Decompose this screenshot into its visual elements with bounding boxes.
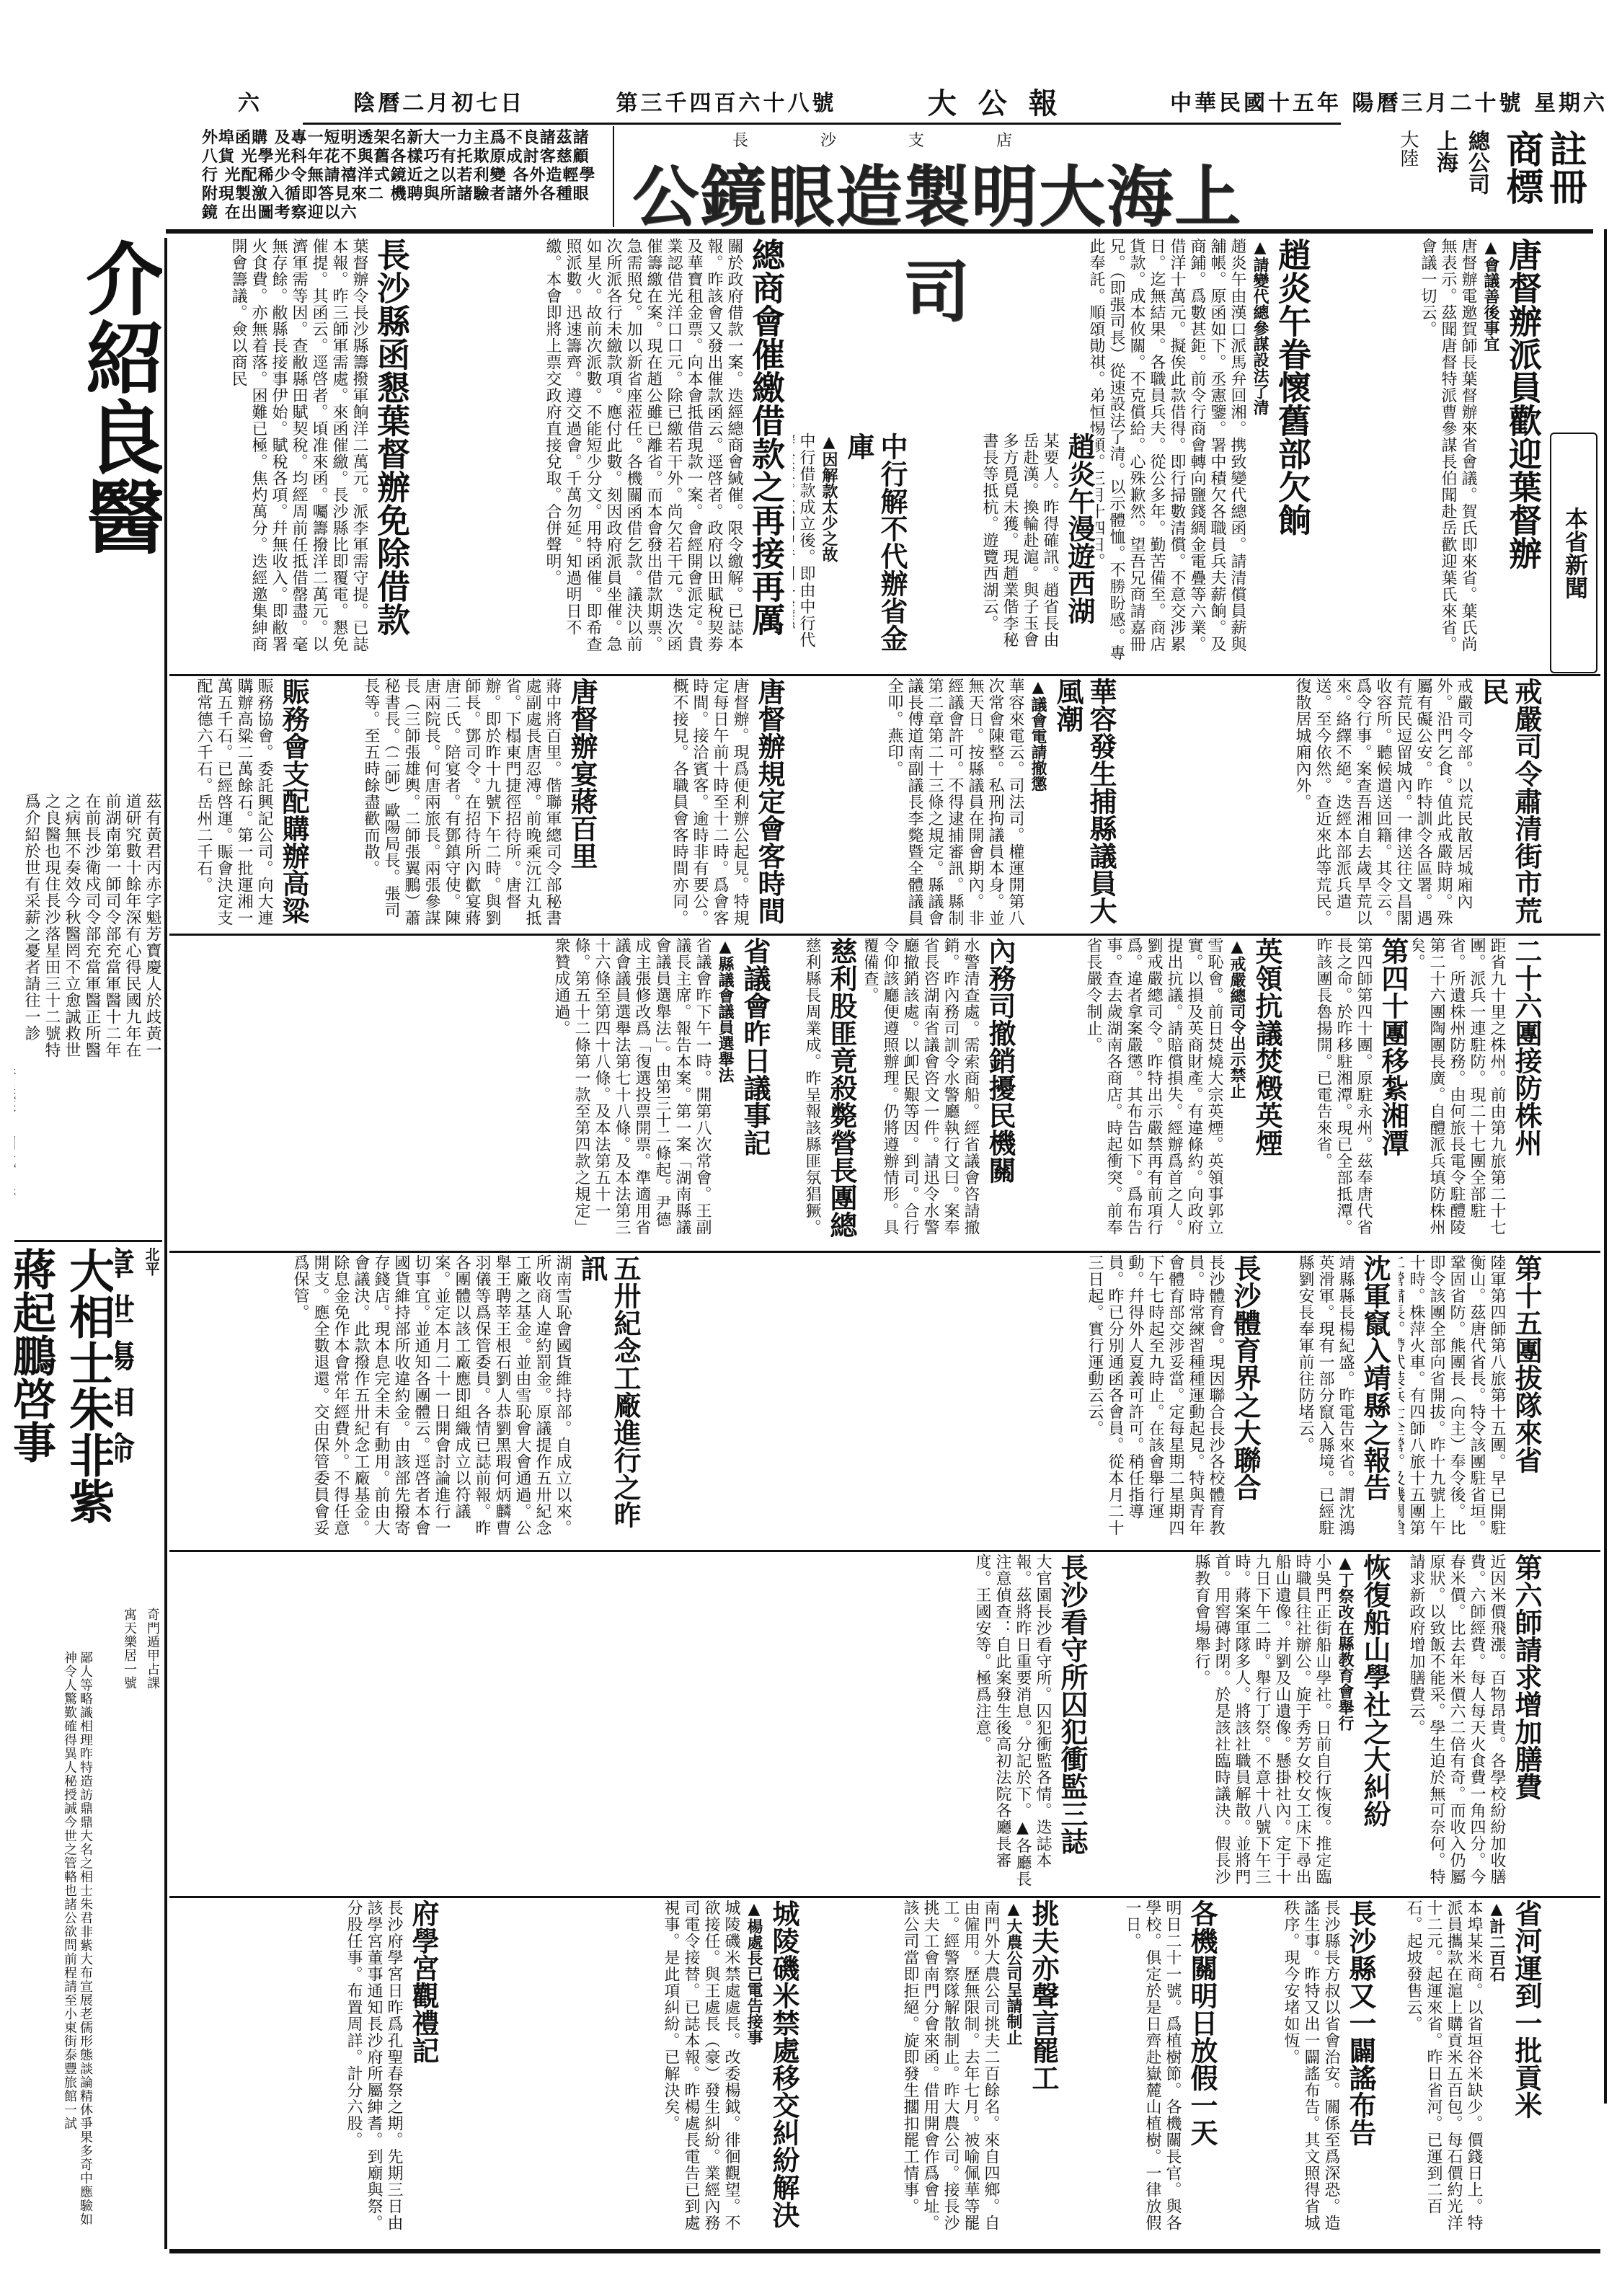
article-body: 第四師第四十團。原駐永州。茲奉唐代省長之命。於昨移駐湘潭。現已全部抵潭。昨該團長… <box>1313 937 1373 1244</box>
article-changsha-loan: 長沙縣函懇葉督辦免除借款 葉督辦令長沙縣籌撥軍餉洋二萬元。派李軍需守提。已誌本報… <box>173 238 411 670</box>
article-headline: 第六師請求增加膳費 <box>1510 1553 1543 1892</box>
article-body: 蔣中將百里。偕聯軍總司令部秘書處副處長唐忍溥。前晚乘沅江丸抵省。下榻東門捷徑招待… <box>360 678 562 926</box>
article-body: 葉督辦令長沙縣籌撥軍餉洋二萬元。派李軍需守提。已誌本報。昨三師軍需處。來函催繳。… <box>228 238 369 663</box>
article-body: 省議會昨下午一時。開第八次常會。王副議長主席。報告本案。第一案「湖南縣議會議員選… <box>551 937 712 1244</box>
article-body: 陸軍第四師第八旅第十五團。早已開駐衡山。茲唐代省長。特令該團駐省垣。鞏固省防。熊… <box>1399 1254 1507 1543</box>
band-rule-2 <box>169 934 1600 936</box>
article-holiday: 各機關明日放假一天 明日二十一號。爲植樹節。各機關長官。與各學校。俱定於是日齊赴… <box>1067 1900 1218 2246</box>
article-affairs-office: 內務司撤銷擾民機關 水警清查處。需索商船。經省議會咨請撤銷。昨內務司訓令水警廳執… <box>865 937 1016 1247</box>
article-headline: 華容發生捕縣議員大風潮 <box>1051 678 1117 930</box>
ad-physician-body: 茲有黃君丙赤字魁芳寶慶人於歧黃一道研究數十餘年深有心得民國九年在前湖南第一師司令… <box>21 793 162 1067</box>
section-label-provincial-news: 本省新聞 <box>1550 433 1597 673</box>
masthead-page: 六 <box>238 85 262 117</box>
article-headline: 賑務會支配購辦高粱 <box>277 678 310 930</box>
article-headline: 長沙縣又一闢謠布告 <box>1344 1900 1377 2246</box>
top-right-ad-company: 總公司 上海 <box>1429 130 1492 223</box>
ad-physician-signer: 劉武 <box>14 1135 16 1169</box>
article-chamber-loan: 總商會催繳借款之再接再厲 關於政府借款一案。迭經總商會緘催。限令繳解。已誌本報。… <box>418 238 786 670</box>
article-zhao-west-lake: 趙炎午漫遊西湖 某要人。昨得確訊。趙省長由岳赴漢。換輪赴滬。與子玉會多方覓覓未獲… <box>908 433 1096 670</box>
article-body: 距省九十里之株州。前由第九旅第二十七團。派兵一連駐防。現二十七團全部駐省。所遺株… <box>1413 937 1507 1244</box>
top-ad-notice-text: 外埠函購 及專一短明透架名新大一力主爲不良諸茲諸八貨 光學光科年花不與舊各樣巧有… <box>202 128 606 222</box>
article-chenglingji: 城陵磯米禁處移交糾紛解決 ▲楊處長已電告接事 城陵磯米禁處處長。改委楊鉞。徘徊觀… <box>447 1900 800 2246</box>
article-body: 近因米價飛漲。百物昂貴。各學校紛紛加收膳費。六師經費。每人每天火食費一角四分。今… <box>1406 1553 1507 1889</box>
article-body: 長沙府學宮日昨爲孔聖春祭之期。先期三日由該學宮董事通知長沙府所屬紳耆。到廟與祭。… <box>343 1900 404 2242</box>
left-ad-divider-lower <box>164 1240 167 2249</box>
top-right-ad-note: 大陸 <box>1395 130 1422 223</box>
article-body: 戒嚴司令部。以荒民散居城廂內外。沿門乞食。值此戒嚴時期。殊屬有礙公安。昨特訓令各… <box>1292 678 1473 926</box>
article-changsha-notice: 長沙縣又一闢謠布告 長沙縣長方叔以省會治安。關係至爲深恐。造謠生事。昨特又出一闢… <box>1226 1900 1377 2246</box>
article-body: 小吳門正街船山學社。日前自行恢復。推定臨時職員往社辦公。旋于秀芳女校女工床下尋出… <box>1191 1553 1332 1889</box>
article-headline: 趙炎午眷懷舊部欠餉 <box>1273 238 1312 670</box>
article-body: 湖南雪恥會國貨維持部。自成立以來。所收商人違約罰金。原議提作五卅紀念工廠之基金。… <box>290 1254 572 1543</box>
article-relief-grain: 賑務會支配購辦高粱 賑務協會。委託興記公司。向大連購辦高粱二萬餘石。第一批運湘一… <box>173 678 310 930</box>
top-ad-rule-top <box>303 123 1341 125</box>
ad-physician-signer: 唐義彬 <box>14 1067 16 1117</box>
article-regiment-return: 第十五團拔隊來省 陸軍第四師第八旅第十五團。早已開駐衡山。茲唐代省長。特令該團駐… <box>1399 1254 1543 1546</box>
article-subhead: ▲議會電請撤懲 <box>1028 678 1048 930</box>
article-headline: 唐督辦派員歡迎葉督辦 <box>1504 238 1543 670</box>
article-headline: 各機關明日放假一天 <box>1185 1900 1218 2246</box>
article-body: 長沙縣長方叔以省會治安。關係至爲深恐。造謠生事。昨特又出一闢謠布告。其文照得省城… <box>1280 1900 1341 2242</box>
section-label-text: 本省新聞 <box>1561 507 1589 599</box>
article-body: 中行借款成立後。即由中行代辦金庫。茲聞中行因各處縣局。解款甚少。故決定解除代辦責… <box>793 433 816 663</box>
article-headline: 挑夫亦聲言罷工 <box>1027 1900 1060 2246</box>
article-tang-hours: 唐督辦規定會客時間 唐督辦。現爲便利辦公起見。特規定每日午前十時至十二時。爲會客… <box>606 678 786 930</box>
article-body: 某要人。昨得確訊。趙省長由岳赴漢。換輪赴滬。與子玉會多方覓覓未獲。現趙業偕李秘書… <box>979 433 1060 663</box>
article-headline: 第十五團拔隊來省 <box>1510 1254 1543 1546</box>
article-regiment-zhuzhou: 二十六團接防株州 距省九十里之株州。前由第九旅第二十七團。派兵一連駐防。現二十七… <box>1413 937 1543 1247</box>
article-central-bank: 中行解不代辦省金庫 ▲因解款太少之故 中行借款成立後。即由中行代辦金庫。茲聞中行… <box>793 433 908 670</box>
article-subhead: ▲戒嚴總司令出示禁止 <box>1227 937 1247 1247</box>
article-confucian-cont: 府學宮觀禮記 長沙府學宮日昨爲孔聖春祭之期。先期三日由該學宮董事通知長沙府所屬紳… <box>173 1900 440 2246</box>
ad-physician-title: 介紹良醫 <box>76 238 162 786</box>
ad-announcement-title: 蔣起鵬啓事 <box>7 1247 55 1463</box>
right-page-border <box>1604 229 1607 2104</box>
top-ad-divider <box>613 126 614 227</box>
article-body: 本埠某米商。以省垣谷米缺少。價錢日上。特派員攜款在滬上購貢米五百包。每石價約光洋… <box>1403 1900 1484 2242</box>
article-subhead: ▲因解款太少之故 <box>819 433 839 670</box>
article-body: 大官園長沙看守所。囚犯衝監各情。迭誌本報。茲將昨日重要消息。分記於下。▲各廳長注… <box>972 1553 1052 1889</box>
article-british-opium: 英領抗議焚燬英煙 ▲戒嚴總司令出示禁止 雪恥會。前日焚燒大宗英煙。英領事郭立實。… <box>1024 937 1283 1247</box>
article-tribute-rice: 省河運到一批貢米 ▲計二百石 本埠某米商。以省垣谷米缺少。價錢日上。特派員攜款在… <box>1384 1900 1543 2246</box>
article-headline: 趙炎午漫遊西湖 <box>1063 433 1096 670</box>
article-confucian-temple <box>173 1553 786 1892</box>
article-headline: 省河運到一批貢米 <box>1510 1900 1543 2246</box>
article-headline: 府學宮觀禮記 <box>407 1900 440 2246</box>
article-headline: 省議會昨日議事記 <box>738 937 771 1247</box>
ad-physician-signers: 唐義彬 劉武 唐獻 同啓 <box>14 1067 17 1211</box>
masthead-paper-name: 大公報 <box>928 81 1079 122</box>
article-headline: 慈利股匪竟殺斃營長團總 <box>825 937 858 1247</box>
article-headline: 沈軍竄入靖縣之報告 <box>1358 1254 1391 1546</box>
article-body: 唐督辦。現爲便利辦公起見。特規定每日午前十時至十二時。爲會客時間。接洽賓客。逾時… <box>669 678 750 926</box>
top-ad-notice: 外埠函購 及專一短明透架名新大一力主爲不良諸茲諸八貨 光學光科年花不與舊各樣巧有… <box>202 128 606 222</box>
article-body: 南門外大農公司挑夫二百餘名。來自四鄉。自由僱用。歷無限制。去年七月。被喻佩華等罷… <box>900 1900 1001 2242</box>
band-rule-5 <box>169 1896 1600 1898</box>
article-porters-strike: 挑夫亦聲言罷工 ▲大農公司呈請制止 南門外大農公司挑夫二百餘名。來自四鄉。自由僱… <box>807 1900 1060 2246</box>
article-headline: 內務司撤銷擾民機關 <box>983 937 1016 1247</box>
article-body: 水警清查處。需索商船。經省議會咨請撤銷。昨內務司訓令水警廳執行文曰。案奉省長咨湖… <box>865 937 980 1244</box>
masthead-line: 中華民國十五年 陽曆三月二十號 星期六 大公報 第三千四百六十八號 陰曆二月初七… <box>238 83 1608 119</box>
ad-fortune-note: 奇門遁甲占課 <box>142 1608 162 2184</box>
masthead-issue-number: 第三千四百六十八號 <box>616 85 837 117</box>
article-body: 趙炎午由漢口派馬弁回湘。携致變代總函。請清償員薪與舖帳。原函如下。丞憲鑒。署中積… <box>1086 238 1247 663</box>
ad-fortune-address: 寓天樂居一號 <box>119 1608 139 2184</box>
article-subhead: ▲楊處長已電告接事 <box>744 1900 764 2246</box>
ad-physiognomist-body-wrap: 鄙人等略識相理昨特造訪鼎鼎大名之相士朱君非紫大布宣展老儒形態談論精休爭果多奇中應… <box>61 1651 113 2242</box>
top-right-ad: 註冊 商標 總公司 上海 大陸 <box>1355 130 1586 223</box>
article-sports-union: 長沙體育界之大聯合 長沙體育會。現因聯合長沙各校體育教員。時常練習種種運動起見。… <box>649 1254 1262 1546</box>
article-subhead: ▲計二百石 <box>1486 1900 1507 2246</box>
ad-physiognomist-title: 大相士朱非紫 <box>63 1247 113 1651</box>
article-may30-factory: 五卅紀念工廠進行之昨訊 湖南雪恥會國貨維持部。自成立以來。所收商人違約罰金。原議… <box>173 1254 642 1546</box>
article-tang-welcomes-ye: 唐督辦派員歡迎葉督辦 ▲會議善後事宜 唐督辦電邀賀師長葉督辦來省會議。賀氏即來省… <box>1319 238 1543 670</box>
article-headline: 長沙縣函懇葉督辦免除借款 <box>372 238 411 670</box>
article-body: 賑務協會。委託興記公司。向大連購辦高粱二萬餘石。第一批運湘一萬五千石。已經啓運。… <box>193 678 274 926</box>
article-headline: 五卅紀念工廠進行之昨訊 <box>575 1254 642 1546</box>
article-subhead: ▲會議善後事宜 <box>1481 238 1501 670</box>
left-ad-divider <box>164 238 167 1247</box>
article-sixth-division: 第六師請求增加膳費 近因米價飛漲。百物昂貴。各學校紛紛加收膳費。六師經費。每人每… <box>1399 1553 1543 1892</box>
left-ad-rule <box>14 1240 162 1242</box>
page-bottom-rule <box>169 2249 1600 2253</box>
article-headline: 第四十團移紮湘潭 <box>1376 937 1409 1247</box>
band-rule-4 <box>169 1550 1600 1552</box>
article-subhead: ▲縣議會議員選舉法 <box>715 937 735 1247</box>
article-regiment-xiangtan: 第四十團移紮湘潭 第四師第四十團。原駐永州。茲奉唐代省長之命。於昨移駐湘潭。現已… <box>1290 937 1409 1247</box>
article-headline: 長沙體育界之大聯合 <box>1228 1254 1262 1546</box>
article-headline: 二十六團接防株州 <box>1510 937 1543 1247</box>
article-body: 靖縣縣長楊紀盛。昨電告來省。謂沈鴻英滑軍。現有一部分竄入縣境。已經駐縣劉安長奉軍… <box>1295 1254 1355 1543</box>
ad-announcement: 蔣起鵬啓事 <box>7 1247 59 2249</box>
article-headline: 戒嚴司令肅清街市荒民 <box>1476 678 1543 930</box>
band-rule-1 <box>169 674 1600 676</box>
article-body: 城陵磯米禁處處長。改委楊鉞。徘徊觀望。不欲接任。與王處長（豪）發生糾紛。業經內務… <box>660 1900 741 2242</box>
article-shen-troops: 沈軍竄入靖縣之報告 靖縣縣長楊紀盛。昨電告來省。謂沈鴻英滑軍。現有一部分竄入縣境… <box>1269 1254 1391 1546</box>
article-body: 長沙體育會。現因聯合長沙各校體育教員。時常練習種種運動起見。特與青年會體育部交涉… <box>1084 1254 1226 1543</box>
top-ad-rule-bottom <box>166 229 1593 234</box>
article-headline: 唐督辦宴蔣百里 <box>565 678 598 930</box>
article-headline: 英領抗議焚燬英煙 <box>1250 937 1283 1247</box>
article-chuanshan: 恢復船山學社之大糾紛 ▲丁祭改在縣教育會舉行 小吳門正街船山學社。日前自行恢復。… <box>1096 1553 1391 1892</box>
article-headline: 唐督辦規定會客時間 <box>753 678 786 930</box>
article-cili-militia: 慈利股匪竟殺斃營長團總 慈利縣長周業成。昨呈報該縣匪氛猖獗。 <box>779 937 858 1247</box>
band-rule-3 <box>169 1251 1600 1253</box>
article-headline: 總商會催繳借款之再接再厲 <box>747 238 786 670</box>
article-body: 華容來電云。司法司。權運開第八次常會陳整。私刑拘議員本身。並無天日。按縣議員在開… <box>884 678 1025 926</box>
article-subhead: ▲大農公司呈請制止 <box>1003 1900 1024 2246</box>
masthead-date-gregorian: 中華民國十五年 陽曆三月二十號 星期六 <box>1170 85 1608 117</box>
article-subhead: ▲請變代總參謀設法了清 <box>1250 238 1270 670</box>
article-assembly-record: 省議會昨日議事記 ▲縣議會議員選舉法 省議會昨下午一時。開第八次常會。王副議長主… <box>173 937 771 1247</box>
ad-physician-body-wrap: 茲有黃君丙赤字魁芳寶慶人於歧黃一道研究數十餘年深有心得民國九年在前湖南第一師司令… <box>14 793 162 1225</box>
article-huarong-assembly: 華容發生捕縣議員大風潮 ▲議會電請撤懲 華容來電云。司法司。權運開第八次常會陳整… <box>793 678 1117 930</box>
article-body: 雪恥會。前日焚燒大宗英煙。英領事郭立實。以損及英商財產。有違條約。向政府提出抗議… <box>1083 937 1224 1244</box>
article-headline: 長沙看守所囚犯衝監三誌 <box>1055 1553 1089 1892</box>
article-body: 關於政府借款一案。迭經總商會緘催。限令繳解。已誌本報。昨該會又發出催款函云。逕啓… <box>542 238 744 663</box>
article-martial-law: 戒嚴司令肅清街市荒民 戒嚴司令部。以荒民散居城廂內外。沿門乞食。值此戒嚴時期。殊… <box>1125 678 1543 930</box>
article-subhead: ▲丁祭改在縣教育會舉行 <box>1335 1553 1355 1892</box>
article-headline: 恢復船山學社之大糾紛 <box>1358 1553 1391 1892</box>
article-tang-banquet: 唐督辦宴蔣百里 蔣中將百里。偕聯軍總司令部秘書處副處長唐忍溥。前晚乘沅江丸抵省。… <box>317 678 598 930</box>
article-body: 唐督辦電邀賀師長葉督辦來省會議。賀氏即來省。葉氏尚無表示。茲聞唐督特派曹參謀長伯… <box>1417 238 1478 663</box>
ad-fortune-details: 奇門遁甲占課 寓天樂居一號 <box>115 1608 162 2184</box>
article-headline: 中行解不代辦省金庫 <box>842 433 908 670</box>
masthead-date-lunar: 陰曆二月初七日 <box>353 85 525 117</box>
article-body: 明日二十一號。爲植樹節。各機關長官。與各學校。俱定於是日齊赴嶽麓山植樹。一律放假… <box>1122 1900 1182 2242</box>
article-body: 慈利縣長周業成。昨呈報該縣匪氛猖獗。 <box>802 937 822 1244</box>
top-right-ad-title: 註冊 商標 <box>1499 130 1586 223</box>
article-headline: 城陵磯米禁處移交糾紛解決 <box>767 1900 800 2246</box>
article-detention-center: 長沙看守所囚犯衝監三誌 大官園長沙看守所。囚犯衝監各情。迭誌本報。茲將昨日重要消… <box>793 1553 1089 1892</box>
ad-physiognomist-body: 鄙人等略識相理昨特造訪鼎鼎大名之相士朱君非紫大布宣展老儒形態談論精休爭果多奇中應… <box>61 1651 93 2228</box>
